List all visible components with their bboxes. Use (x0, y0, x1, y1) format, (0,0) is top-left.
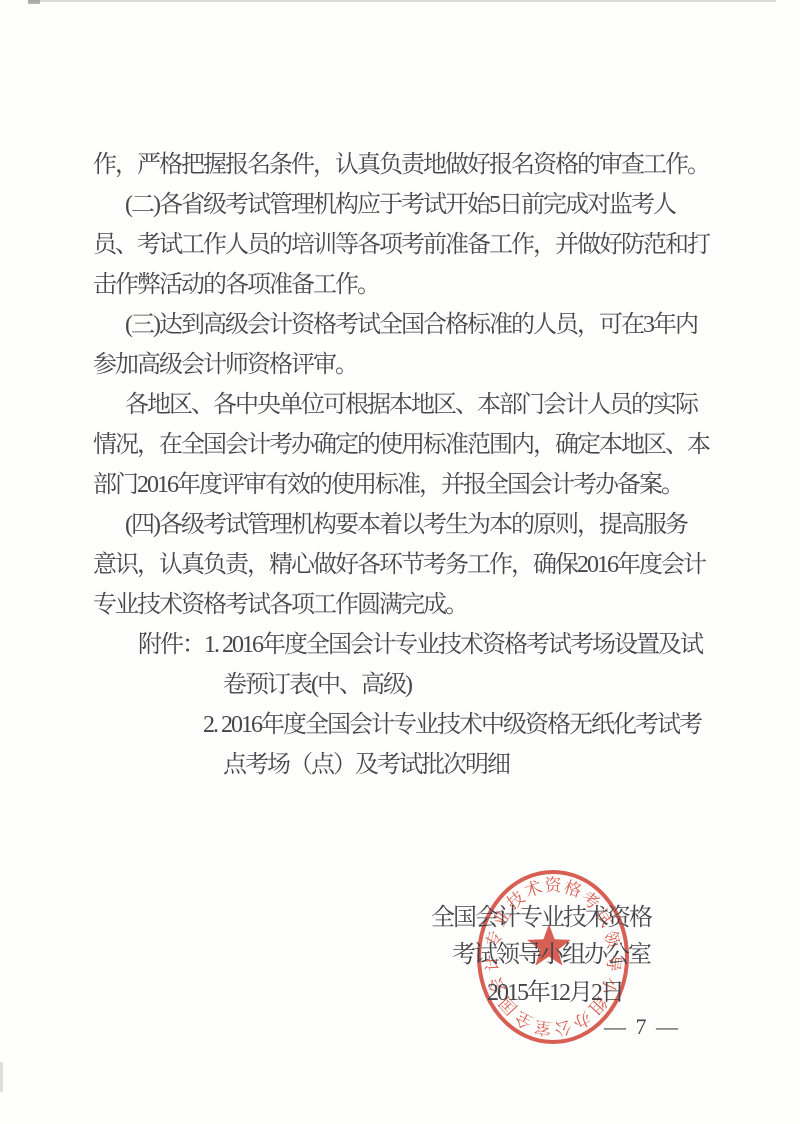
body-line: 意识，认真负责，精心做好各环节考务工作，确保2016年度会计 (93, 545, 738, 585)
body-line: 专业技术资格考试各项工作圆满完成。 (93, 585, 738, 625)
document-page: { "document": { "body_lines": [ "作，严格把握报… (0, 0, 800, 1124)
body-line: (二)各省级考试管理机构应于考试开始5日前完成对监考人 (125, 185, 738, 225)
attachment-line-2-cont: 点考场（点）及考试批次明细 (223, 745, 738, 785)
scan-corner-artifact (28, 0, 40, 4)
body-line: 参加高级会计师资格评审。 (93, 345, 738, 385)
signature-org-line-2: 考试领导小组办公室 (452, 935, 650, 975)
body-line: 员、考试工作人员的培训等各项考前准备工作，并做好防范和打 (93, 225, 738, 265)
svg-text:室: 室 (533, 1017, 553, 1039)
page-number: — 7 — (604, 1012, 680, 1042)
attachment-line-2: 2. 2016年度全国会计专业技术中级资格无纸化考试考 (203, 705, 738, 745)
signature-org-line-1: 全国会计专业技术资格 (431, 898, 651, 938)
signature-date: 2015年12月2日 (487, 973, 623, 1013)
attachment-line-1-cont: 卷预订表(中、高级) (223, 665, 738, 705)
attachment-line-1: 附件：1. 2016年度全国会计专业技术资格考试考场设置及试 (138, 625, 738, 665)
body-line: (三)达到高级会计资格考试全国合格标准的人员，可在3年内 (125, 305, 738, 345)
scan-edge-artifact (28, 0, 776, 2)
body-line: 部门2016年度评审有效的使用标准，并报全国会计考办备案。 (93, 465, 738, 505)
body-line: 击作弊活动的各项准备工作。 (93, 265, 738, 305)
body-line: (四)各级考试管理机构要本着以考生为本的原则，提高服务 (125, 505, 738, 545)
document-body: 作，严格把握报名条件，认真负责地做好报名资格的审查工作。 (二)各省级考试管理机… (93, 145, 738, 785)
body-line: 作，严格把握报名条件，认真负责地做好报名资格的审查工作。 (93, 145, 738, 185)
svg-text:资: 资 (545, 876, 563, 895)
svg-text:公: 公 (553, 1017, 573, 1039)
body-line: 各地区、各中央单位可根据本地区、本部门会计人员的实际 (125, 385, 738, 425)
scan-left-artifact (0, 1062, 3, 1092)
body-line: 情况，在全国会计考办确定的使用标准范围内，确定本地区、本 (93, 425, 738, 465)
